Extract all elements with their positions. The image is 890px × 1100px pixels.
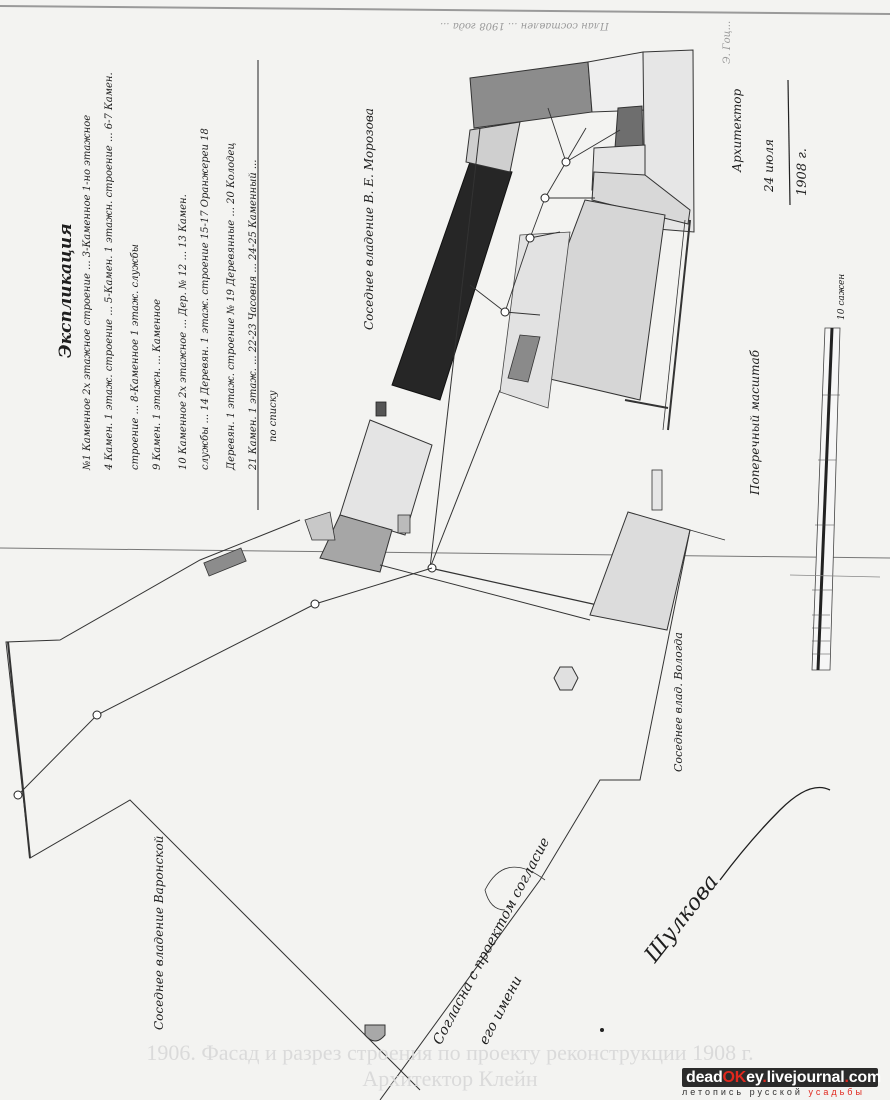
architect-label: Архитектор <box>730 89 744 172</box>
neighbor-label-bottom-right: Соседнее влад. Вологда <box>672 632 685 772</box>
scale-bar <box>790 328 880 670</box>
legend-title: Экспликация <box>56 223 76 358</box>
legend-line: строение ... 8-Каменное 1 этаж. службы <box>130 244 141 470</box>
top-note: План составлен ... 1908 года ... <box>440 20 609 31</box>
building-11 <box>590 512 690 630</box>
watermark: deadOKey.livejournal.com летопись русско… <box>682 1068 878 1098</box>
watermark-domain: deadOKey.livejournal.com <box>682 1068 878 1087</box>
watermark-tagline: летопись русской усадьбы <box>682 1087 878 1098</box>
well-marker <box>554 667 578 690</box>
legend-line: 10 Каменное 2х этажное ... Дер. № 12 ...… <box>178 194 189 470</box>
building-black <box>392 162 512 400</box>
neighbor-label-top: Соседнее владение В. Е. Морозова <box>362 108 376 330</box>
scale-title: Поперечный масштаб <box>748 350 762 495</box>
legend-footer: по списку <box>268 391 279 443</box>
building-1 <box>470 62 592 128</box>
neighbor-label-bottom-left: Соседнее владение Варонской <box>152 836 166 1030</box>
legend-line: Деревян. 1 этаж. строение № 19 Деревянны… <box>226 143 237 470</box>
legend-line: 9 Камен. 1 этажн. ... Каменное <box>152 299 163 470</box>
date-day: 24 июля <box>762 139 776 192</box>
scale-unit: 10 сажен <box>837 274 847 320</box>
building-small-dark <box>615 106 643 148</box>
legend-line: 21 Камен. 1 этаж. ... 22-23 Часовня ... … <box>248 160 259 470</box>
scanned-site-plan: Экспликация №1 Каменное 2х этажное строе… <box>0 0 890 1100</box>
caption-line-1: 1906. Фасад и разрез строения по проекту… <box>40 1040 860 1066</box>
legend-line: 4 Камен. 1 этаж. строение ... 5-Камен. 1… <box>104 72 115 470</box>
date-year: 1908 г. <box>795 148 810 196</box>
legend-line: службы ... 14 Деревян. 1 этаж. строение … <box>200 128 211 470</box>
building-D <box>340 420 432 535</box>
architect-signature: Э. Гоц... <box>722 21 733 64</box>
shield-marker <box>365 1025 385 1041</box>
plan-drawing <box>0 0 890 1100</box>
building-2 <box>588 52 646 112</box>
legend-line: №1 Каменное 2х этажное строение ... 3-Ка… <box>82 115 93 470</box>
